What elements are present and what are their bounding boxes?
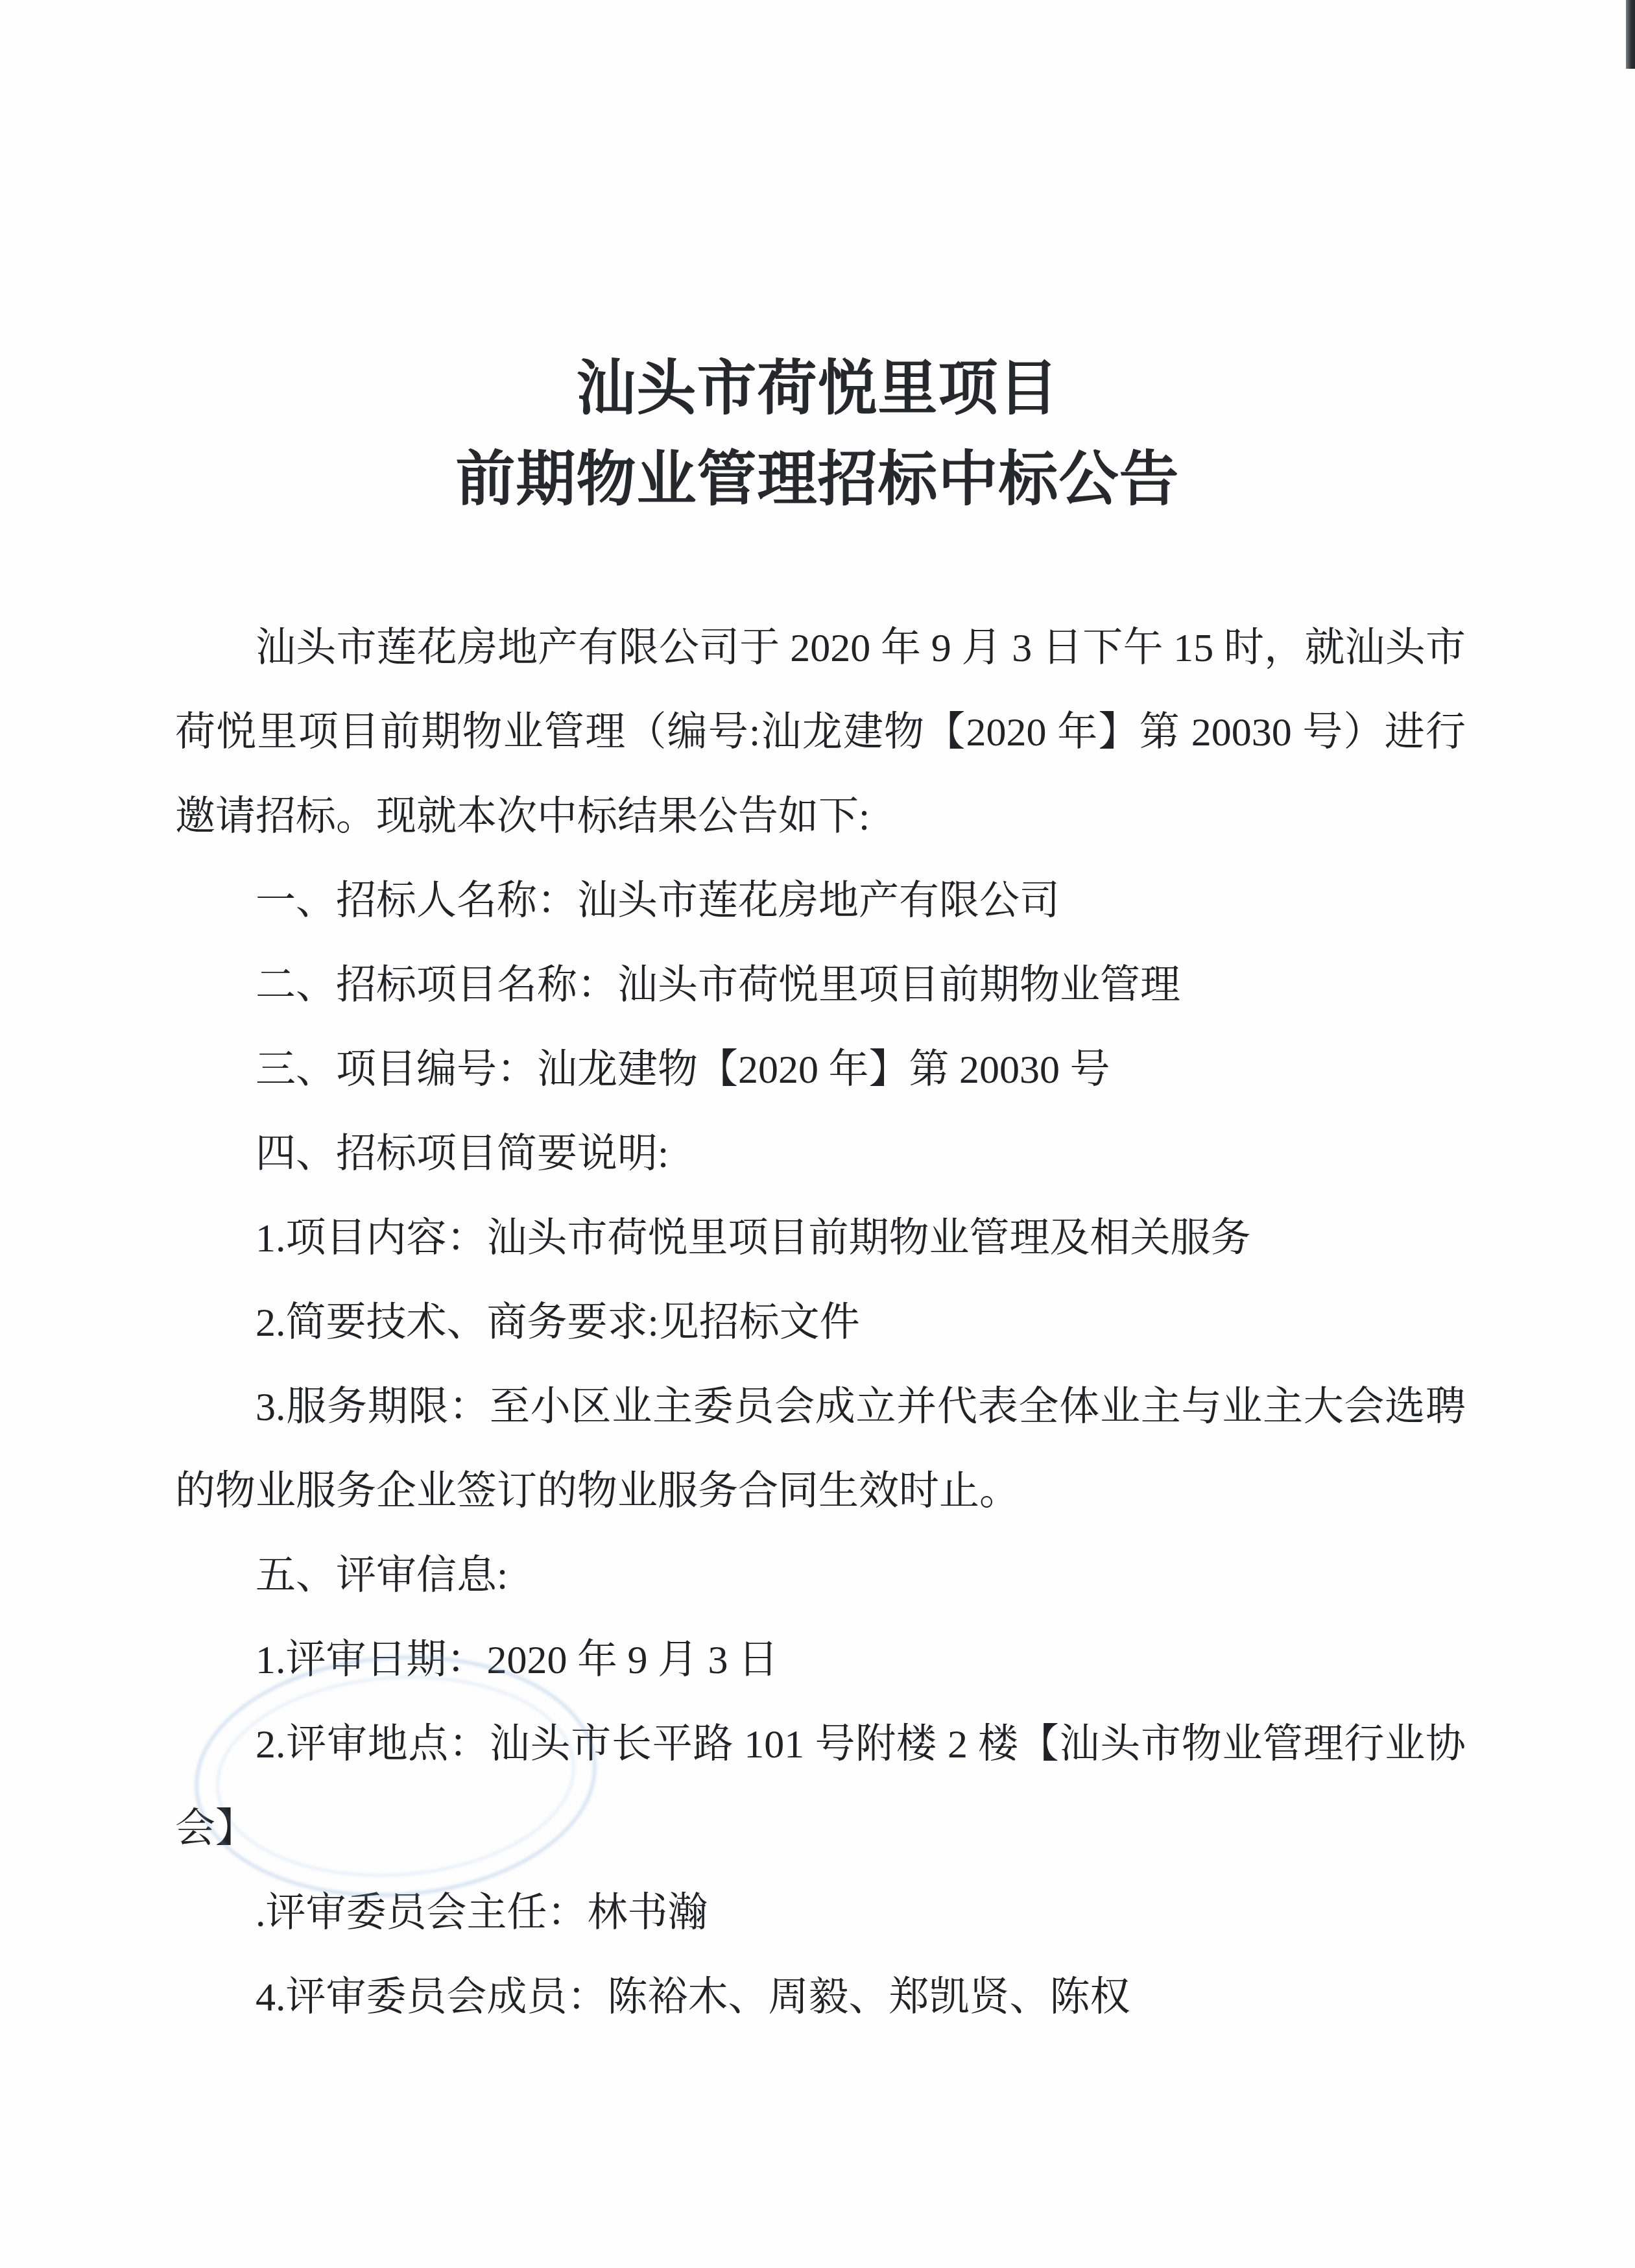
review-committee-director-line: .评审委员会主任：林书瀚 [175,1871,1466,1955]
review-info-heading: 五、评审信息: [175,1534,1466,1618]
service-term-line: 3.服务期限：至小区业主委员会成立并代表全体业主与业主大会选聘的物业服务企业签订… [175,1365,1466,1534]
project-brief-heading: 四、招标项目简要说明: [175,1112,1466,1196]
tech-business-requirements-line: 2.简要技术、商务要求:见招标文件 [175,1281,1466,1365]
document-title: 汕头市荷悦里项目 前期物业管理招标中标公告 [0,343,1635,525]
document-body: 汕头市莲花房地产有限公司于 2020 年 9 月 3 日下午 15 时，就汕头市… [175,606,1466,2040]
project-name-line: 二、招标项目名称：汕头市荷悦里项目前期物业管理 [175,943,1466,1028]
review-date-line: 1.评审日期：2020 年 9 月 3 日 [175,1618,1466,1702]
document-title-line-2: 前期物业管理招标中标公告 [0,434,1635,525]
document-title-line-1: 汕头市荷悦里项目 [0,343,1635,434]
project-content-line: 1.项目内容：汕头市荷悦里项目前期物业管理及相关服务 [175,1196,1466,1281]
scan-edge-artifact [1626,0,1635,69]
scanned-document-page: 汕头市荷悦里项目 前期物业管理招标中标公告 汕头市莲花房地产有限公司于 2020… [0,0,1635,2268]
project-number-line: 三、项目编号：汕龙建物【2020 年】第 20030 号 [175,1028,1466,1112]
intro-paragraph: 汕头市莲花房地产有限公司于 2020 年 9 月 3 日下午 15 时，就汕头市… [175,606,1466,859]
review-location-line: 2.评审地点：汕头市长平路 101 号附楼 2 楼【汕头市物业管理行业协会】 [175,1702,1466,1871]
review-committee-members-line: 4.评审委员会成员：陈裕木、周毅、郑凯贤、陈权 [175,1955,1466,2040]
bidder-name-line: 一、招标人名称：汕头市莲花房地产有限公司 [175,859,1466,943]
